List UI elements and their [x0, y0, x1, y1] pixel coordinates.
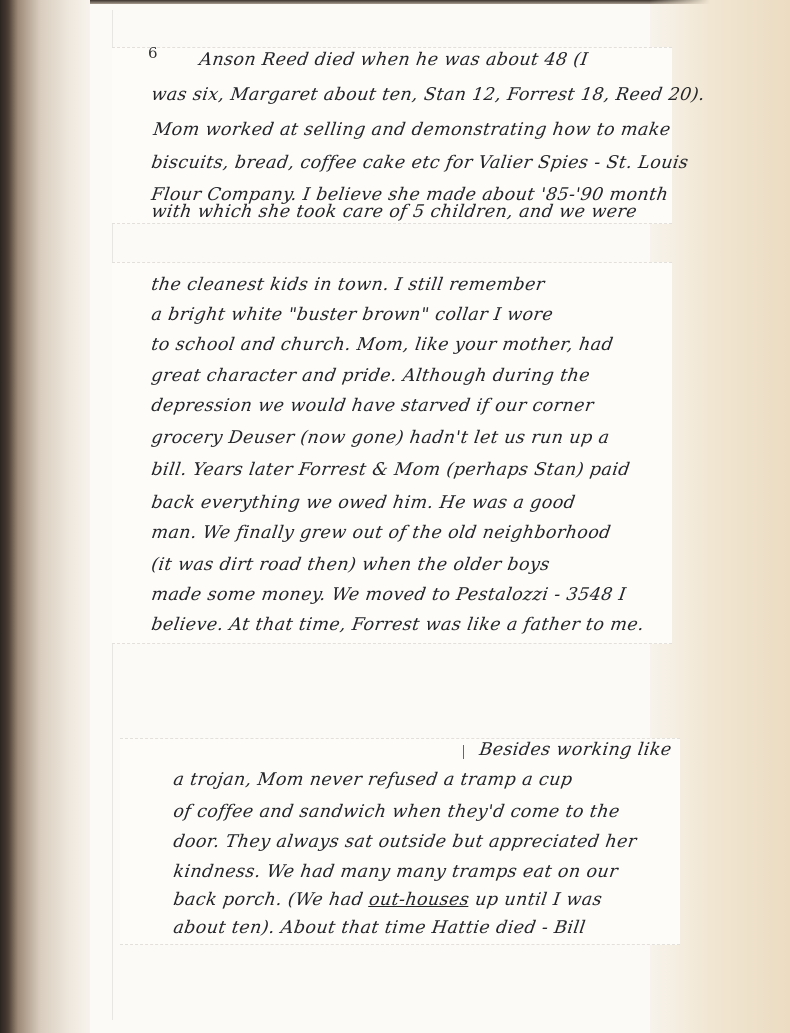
handwritten-line: Mom worked at selling and demonstrating …: [152, 120, 672, 140]
handwritten-line: believe. At that time, Forrest was like …: [150, 615, 645, 635]
handwritten-line: of coffee and sandwich when they'd come …: [172, 802, 621, 822]
handwritten-line: depression we would have starved if our …: [150, 396, 595, 416]
book-spine-shadow: [0, 0, 90, 1033]
handwritten-line: (it was dirt road then) when the older b…: [150, 555, 551, 575]
handwritten-line: biscuits, bread, coffee cake etc for Val…: [150, 153, 690, 173]
handwritten-line: was six, Margaret about ten, Stan 12, Fo…: [150, 85, 706, 105]
underlined-word: out-houses: [368, 890, 471, 910]
handwritten-line: about ten). About that time Hattie died …: [172, 918, 587, 938]
handwritten-line: kindness. We had many many tramps eat on…: [172, 862, 619, 882]
insertion-mark: [463, 745, 464, 759]
line-text: up until I was: [468, 890, 604, 910]
handwritten-line: door. They always sat outside but apprec…: [172, 832, 638, 852]
handwritten-line: to school and church. Mom, like your mot…: [150, 335, 615, 355]
handwritten-line: a trojan, Mom never refused a tramp a cu…: [172, 770, 574, 790]
page-marker: 6: [148, 44, 158, 62]
handwritten-line: made some money. We moved to Pestalozzi …: [150, 585, 627, 605]
handwritten-line: a bright white "buster brown" collar I w…: [150, 305, 554, 325]
handwritten-line: back porch. (We had out-houses up until …: [172, 890, 603, 910]
handwritten-line: Anson Reed died when he was about 48 (I: [198, 50, 589, 70]
handwritten-line: grocery Deuser (now gone) hadn't let us …: [150, 428, 611, 448]
handwritten-line: man. We finally grew out of the old neig…: [150, 523, 612, 543]
handwritten-line: great character and pride. Although duri…: [150, 366, 591, 386]
handwritten-line: the cleanest kids in town. I still remem…: [150, 275, 546, 295]
line-text: back porch. (We had: [172, 890, 370, 910]
handwritten-line: bill. Years later Forrest & Mom (perhaps…: [150, 460, 631, 480]
handwritten-line: back everything we owed him. He was a go…: [150, 493, 577, 513]
handwritten-line: Besides working like: [478, 740, 673, 760]
handwritten-line: with which she took care of 5 children, …: [150, 202, 638, 222]
